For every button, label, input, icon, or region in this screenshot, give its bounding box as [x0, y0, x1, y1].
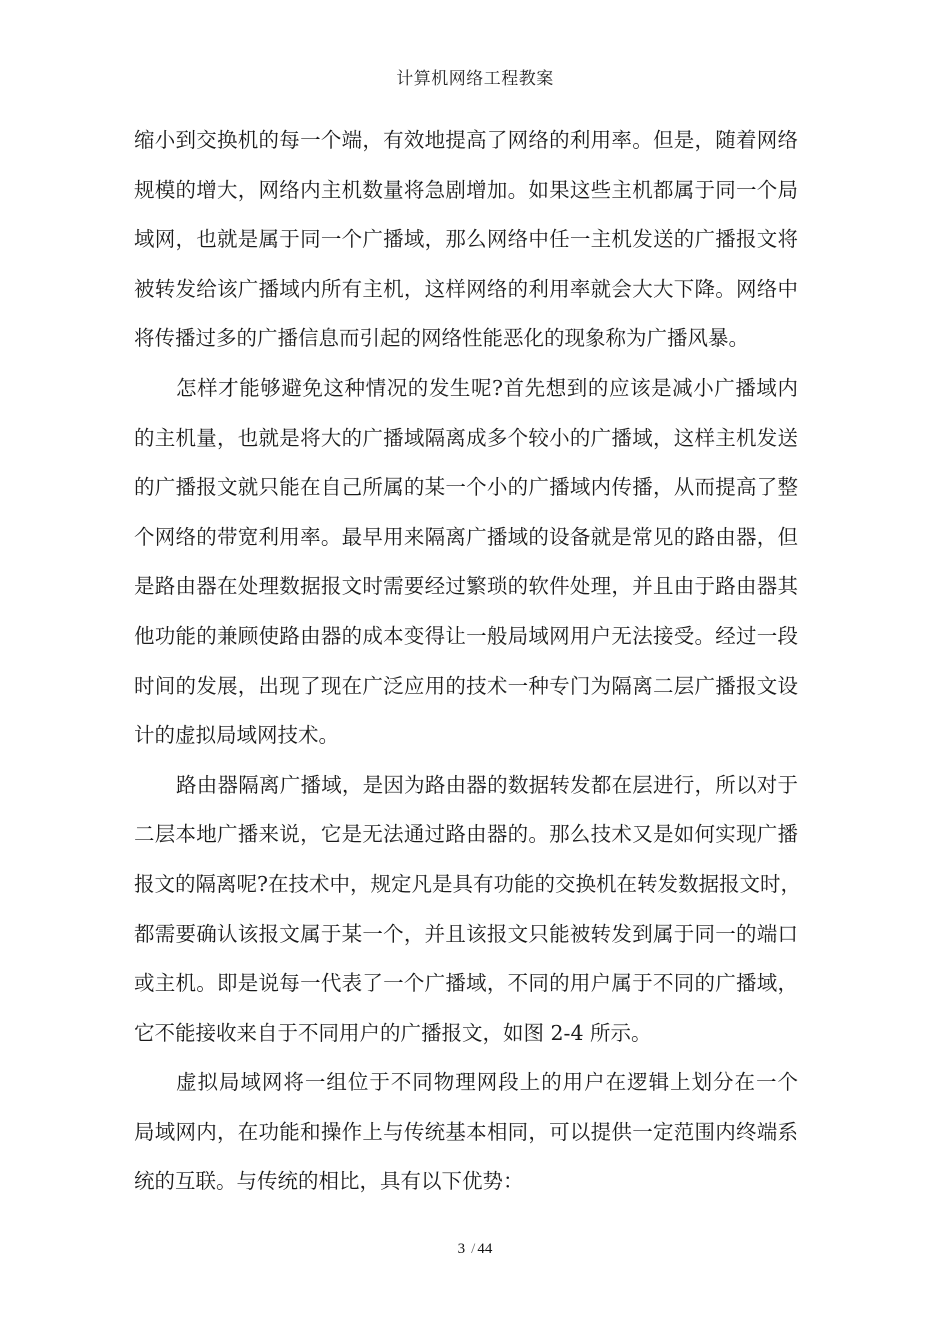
text-line: 它不能接收来自于不同用户的广播报文，如图 2-4 所示。 [134, 1009, 798, 1059]
document-body: 缩小到交换机的每一个端，有效地提高了网络的利用率。但是，随着网络 规模的增大，网… [134, 116, 798, 1207]
text-line: 域网，也就是属于同一个广播域，那么网络中任一主机发送的广播报文将 [134, 215, 798, 265]
paragraph: 缩小到交换机的每一个端，有效地提高了网络的利用率。但是，随着网络 规模的增大，网… [134, 116, 798, 364]
text-line: 被转发给该广播域内所有主机，这样网络的利用率就会大大下降。网络中 [134, 265, 798, 315]
text-line: 统的互联。与传统的相比，具有以下优势： [134, 1157, 798, 1207]
text-line: 他功能的兼顾使路由器的成本变得让一般局域网用户无法接受。经过一段 [134, 612, 798, 662]
text-line: 或主机。即是说每一代表了一个广播域，不同的用户属于不同的广播域， [134, 959, 798, 1009]
text-line: 将传播过多的广播信息而引起的网络性能恶化的现象称为广播风暴。 [134, 314, 798, 364]
text-line: 时间的发展，出现了现在广泛应用的技术一种专门为隔离二层广播报文设 [134, 662, 798, 712]
text-line: 是路由器在处理数据报文时需要经过繁琐的软件处理，并且由于路由器其 [134, 562, 798, 612]
text-line: 都需要确认该报文属于某一个，并且该报文只能被转发到属于同一的端口 [134, 910, 798, 960]
current-page: 3 [458, 1241, 466, 1257]
text-line: 计的虚拟局域网技术。 [134, 711, 798, 761]
page-number: 3/44 [0, 1241, 950, 1258]
text-line: 的主机量，也就是将大的广播域隔离成多个较小的广播域，这样主机发送 [134, 414, 798, 464]
page-separator: / [471, 1241, 475, 1257]
text-line: 缩小到交换机的每一个端，有效地提高了网络的利用率。但是，随着网络 [134, 116, 798, 166]
total-pages: 44 [477, 1241, 492, 1257]
text-line: 二层本地广播来说，它是无法通过路由器的。那么技术又是如何实现广播 [134, 810, 798, 860]
text-line: 的广播报文就只能在自己所属的某一个小的广播域内传播，从而提高了整 [134, 463, 798, 513]
text-line: 规模的增大，网络内主机数量将急剧增加。如果这些主机都属于同一个局 [134, 166, 798, 216]
text-line: 局域网内，在功能和操作上与传统基本相同，可以提供一定范围内终端系 [134, 1108, 798, 1158]
page-header-title: 计算机网络工程教案 [0, 64, 950, 89]
paragraph: 虚拟局域网将一组位于不同物理网段上的用户在逻辑上划分在一个 局域网内，在功能和操… [134, 1058, 798, 1207]
text-line: 虚拟局域网将一组位于不同物理网段上的用户在逻辑上划分在一个 [134, 1058, 798, 1108]
text-line: 报文的隔离呢?在技术中，规定凡是具有功能的交换机在转发数据报文时， [134, 860, 798, 910]
text-line: 个网络的带宽利用率。最早用来隔离广播域的设备就是常见的路由器，但 [134, 513, 798, 563]
paragraph: 怎样才能够避免这种情况的发生呢?首先想到的应该是减小广播域内 的主机量，也就是将… [134, 364, 798, 761]
paragraph: 路由器隔离广播域，是因为路由器的数据转发都在层进行，所以对于 二层本地广播来说，… [134, 761, 798, 1059]
text-line: 路由器隔离广播域，是因为路由器的数据转发都在层进行，所以对于 [134, 761, 798, 811]
text-line: 怎样才能够避免这种情况的发生呢?首先想到的应该是减小广播域内 [134, 364, 798, 414]
